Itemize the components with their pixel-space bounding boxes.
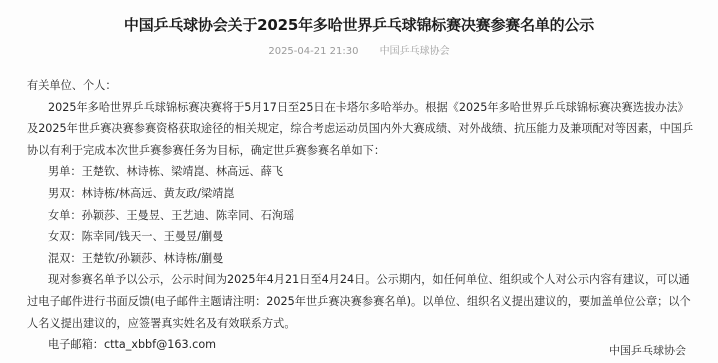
players: 王楚钦/孙颖莎、林诗栋/蒯曼 [82, 252, 224, 265]
players: 陈幸同/钱天一、王曼昱/蒯曼 [82, 230, 224, 243]
publish-datetime: 2025-04-21 21:30 [268, 46, 358, 57]
players: 孙颖莎、王曼昱、王艺迪、陈幸同、石洵瑶 [82, 209, 295, 222]
article-meta: 2025-04-21 21:30 中国乒乓球协会 [0, 42, 718, 57]
signature: 中国乒乓球协会 [609, 342, 686, 358]
players: 王楚钦、林诗栋、梁靖崑、林高远、薛飞 [82, 165, 283, 178]
event-label: 女单： [48, 209, 82, 222]
roster-item-mens-singles: 男单：王楚钦、林诗栋、梁靖崑、林高远、薛飞 [27, 161, 695, 183]
event-label: 男单： [48, 165, 82, 178]
publish-source: 中国乒乓球协会 [380, 46, 450, 57]
roster-item-mixed-doubles: 混双：王楚钦/孙颖莎、林诗栋/蒯曼 [27, 248, 695, 270]
email-label: 电子邮箱： [48, 338, 104, 351]
salutation: 有关单位、个人： [27, 75, 695, 97]
roster-item-womens-singles: 女单：孙颖莎、王曼昱、王艺迪、陈幸同、石洵瑶 [27, 205, 695, 227]
article-body: 有关单位、个人： 2025年多哈世界乒乓球锦标赛决赛将于5月17日至25日在卡塔… [27, 75, 695, 356]
notice-paragraph: 现对参赛名单予以公示，公示时间为2025年4月21日至4月24日。公示期内，如任… [27, 269, 695, 334]
event-label: 混双： [48, 252, 82, 265]
players: 林诗栋/林高远、黄友政/梁靖崑 [82, 187, 235, 200]
email-line: 电子邮箱：ctta_xbbf@163.com [27, 334, 695, 356]
intro-paragraph: 2025年多哈世界乒乓球锦标赛决赛将于5月17日至25日在卡塔尔多哈举办。根据《… [27, 97, 695, 162]
event-label: 男双： [48, 187, 82, 200]
event-label: 女双： [48, 230, 82, 243]
page-title: 中国乒乓球协会关于2025年多哈世界乒乓球锦标赛决赛参赛名单的公示 [0, 14, 718, 35]
roster-item-womens-doubles: 女双：陈幸同/钱天一、王曼昱/蒯曼 [27, 226, 695, 248]
roster-item-mens-doubles: 男双：林诗栋/林高远、黄友政/梁靖崑 [27, 183, 695, 205]
email-address[interactable]: ctta_xbbf@163.com [104, 338, 216, 351]
